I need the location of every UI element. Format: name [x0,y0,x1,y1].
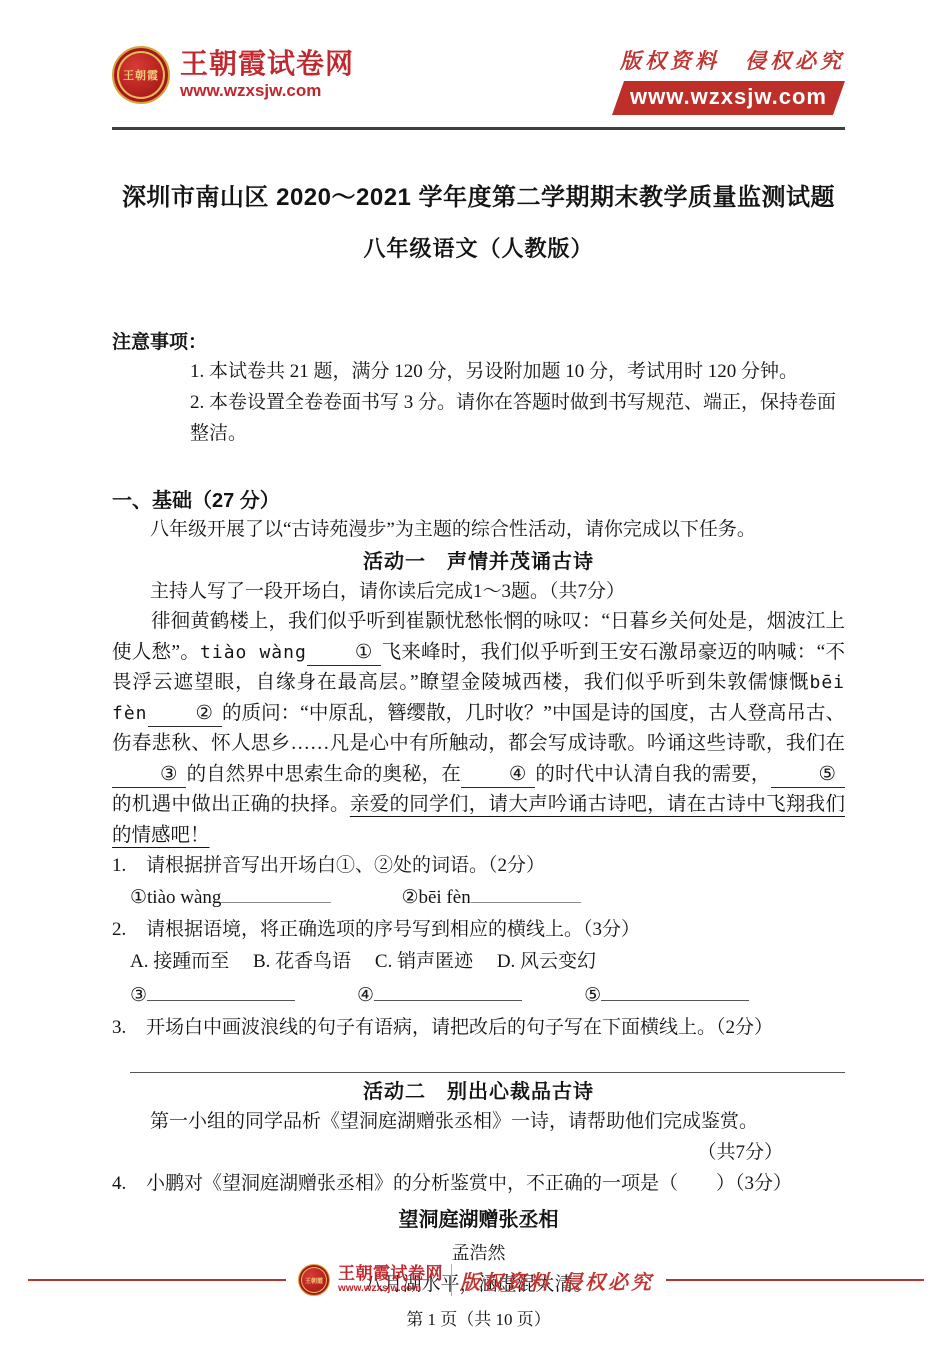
footer-banner: 王朝霞 王朝霞试卷网 www.wzxsjw.com 版权资料 侵权必究 [28,1264,924,1296]
activity1-lead: 主持人写了一段开场白，请你读后完成1～3题。（共7分） [112,577,845,607]
poem-title: 望洞庭湖赠张丞相 [112,1205,845,1235]
activity1-heading: 活动一 声情并茂诵古诗 [112,547,845,577]
question-3-text: 开场白中画波浪线的句子有语病，请把改后的句子写在下面横线上。（2分） [146,1013,845,1043]
question-3-number: 3. [112,1013,146,1043]
activity2-score: （共7分） [112,1137,845,1169]
section-heading: 一、基础（27 分） [112,487,845,515]
circled-3: ③ [112,763,186,788]
footer-logo-text: 王朝霞试卷网 www.wzxsjw.com [338,1265,443,1295]
answer-blank-3 [147,981,295,1001]
blank-1-label: ①tiào wàng [130,887,221,908]
notice-item-1: 1. 本试卷共 21 题，满分 120 分，另设附加题 10 分，考试用时 12… [190,356,845,387]
footer-site-name: 王朝霞试卷网 [338,1265,443,1283]
answer-line [130,1059,845,1073]
question-1-number: 1. [112,851,146,881]
question-4-number: 4. [112,1169,146,1199]
page-content: 深圳市南山区 2020～2021 学年度第二学期期末教学质量监测试题 八年级语文… [0,182,952,1333]
question-1: 1. 请根据拼音写出开场白①、②处的词语。（2分） [112,851,845,881]
footer-divider [451,1264,452,1296]
passage-text-3: 的质问：“中原乱，簪缨散，几时收？”中国是诗的国度，古人登高吊古、伤春悲秋、怀人… [112,703,845,755]
question-2-blanks: ③④⑤ [130,979,845,1013]
section-intro: 八年级开展了以“古诗苑漫步”为主题的综合性活动，请你完成以下任务。 [112,515,845,545]
passage-text-6: 的机遇中做出正确的抉择。 [112,794,350,815]
header-right: 版权资料 侵权必究 www.wzxsjw.com [612,46,845,115]
url-banner: www.wzxsjw.com [612,81,845,115]
seal-text: 王朝霞 [123,67,159,83]
blank-4-label: ④ [357,985,374,1006]
circled-4: ④ [461,763,535,788]
page-header: 王朝霞 王朝霞试卷网 www.wzxsjw.com 版权资料 侵权必究 www.… [0,0,952,130]
footer-site-url: www.wzxsjw.com [338,1283,443,1295]
circled-1: ① [307,641,381,666]
exam-paper-page: 王朝霞 王朝霞试卷网 www.wzxsjw.com 版权资料 侵权必究 www.… [0,0,952,1347]
footer-seal-icon: 王朝霞 [298,1264,330,1296]
site-url: www.wzxsjw.com [180,80,354,102]
logo-text: 王朝霞试卷网 www.wzxsjw.com [180,48,354,102]
footer-rule-right [666,1279,924,1281]
notice-item-2: 2. 本卷设置全卷卷面书写 3 分。请你在答题时做到书写规范、端正，保持卷面整洁… [190,387,845,449]
site-logo: 王朝霞 王朝霞试卷网 www.wzxsjw.com [112,46,354,104]
answer-blank-4 [374,981,522,1001]
question-2-number: 2. [112,915,146,945]
blank-5-label: ⑤ [584,985,601,1006]
question-2: 2. 请根据语境，将正确选项的序号写到相应的横线上。（3分） [112,915,845,945]
question-4-text: 小鹏对《望洞庭湖赠张丞相》的分析鉴赏中，不正确的一项是（ ）（3分） [146,1169,845,1199]
question-1-text: 请根据拼音写出开场白①、②处的词语。（2分） [146,851,845,881]
footer-slogan: 版权资料 侵权必究 [460,1266,654,1295]
pinyin-1: tiào wàng [200,642,307,663]
site-name: 王朝霞试卷网 [180,48,354,80]
activity2-heading: 活动二 别出心裁品古诗 [112,1077,845,1107]
footer-logo-group: 王朝霞 王朝霞试卷网 www.wzxsjw.com 版权资料 侵权必究 [298,1264,654,1296]
question-1-blanks: ①tiào wàng②bēi fèn [130,881,845,915]
footer-seal-text: 王朝霞 [305,1276,323,1285]
opening-passage: 徘徊黄鹤楼上，我们似乎听到崔颢忧愁怅惘的咏叹：“日暮乡关何处是，烟波江上使人愁”… [112,607,845,851]
passage-text-5: 的时代中认清自我的需要， [535,764,770,785]
question-2-options: A. 接踵而至 B. 花香鸟语 C. 销声匿迹 D. 风云变幻 [130,945,845,979]
seal-icon: 王朝霞 [112,46,170,104]
circled-2: ② [148,702,222,727]
question-4: 4. 小鹏对《望洞庭湖赠张丞相》的分析鉴赏中，不正确的一项是（ ）（3分） [112,1169,845,1199]
question-3: 3. 开场白中画波浪线的句子有语病，请把改后的句子写在下面横线上。（2分） [112,1013,845,1043]
exam-subtitle: 八年级语文（人教版） [112,234,845,264]
blank-2-label: ②bēi fèn [401,887,470,908]
header-inner: 王朝霞 王朝霞试卷网 www.wzxsjw.com 版权资料 侵权必究 www.… [112,46,845,130]
answer-blank-1 [221,883,331,903]
answer-blank-5 [601,981,749,1001]
activity2-lead: 第一小组的同学品析《望洞庭湖赠张丞相》一诗，请帮助他们完成鉴赏。 [112,1107,845,1137]
footer-rule-left [28,1279,286,1281]
page-number: 第 1 页（共 10 页） [112,1307,845,1333]
answer-blank-2 [471,883,581,903]
exam-title: 深圳市南山区 2020～2021 学年度第二学期期末教学质量监测试题 [112,182,845,214]
question-2-text: 请根据语境，将正确选项的序号写到相应的横线上。（3分） [146,915,845,945]
copyright-slogan: 版权资料 侵权必究 [612,48,845,74]
passage-text-4: 的自然界中思索生命的奥秘，在 [186,764,460,785]
notice-heading: 注意事项： [112,330,845,356]
circled-5: ⑤ [771,763,845,788]
blank-3-label: ③ [130,985,147,1006]
